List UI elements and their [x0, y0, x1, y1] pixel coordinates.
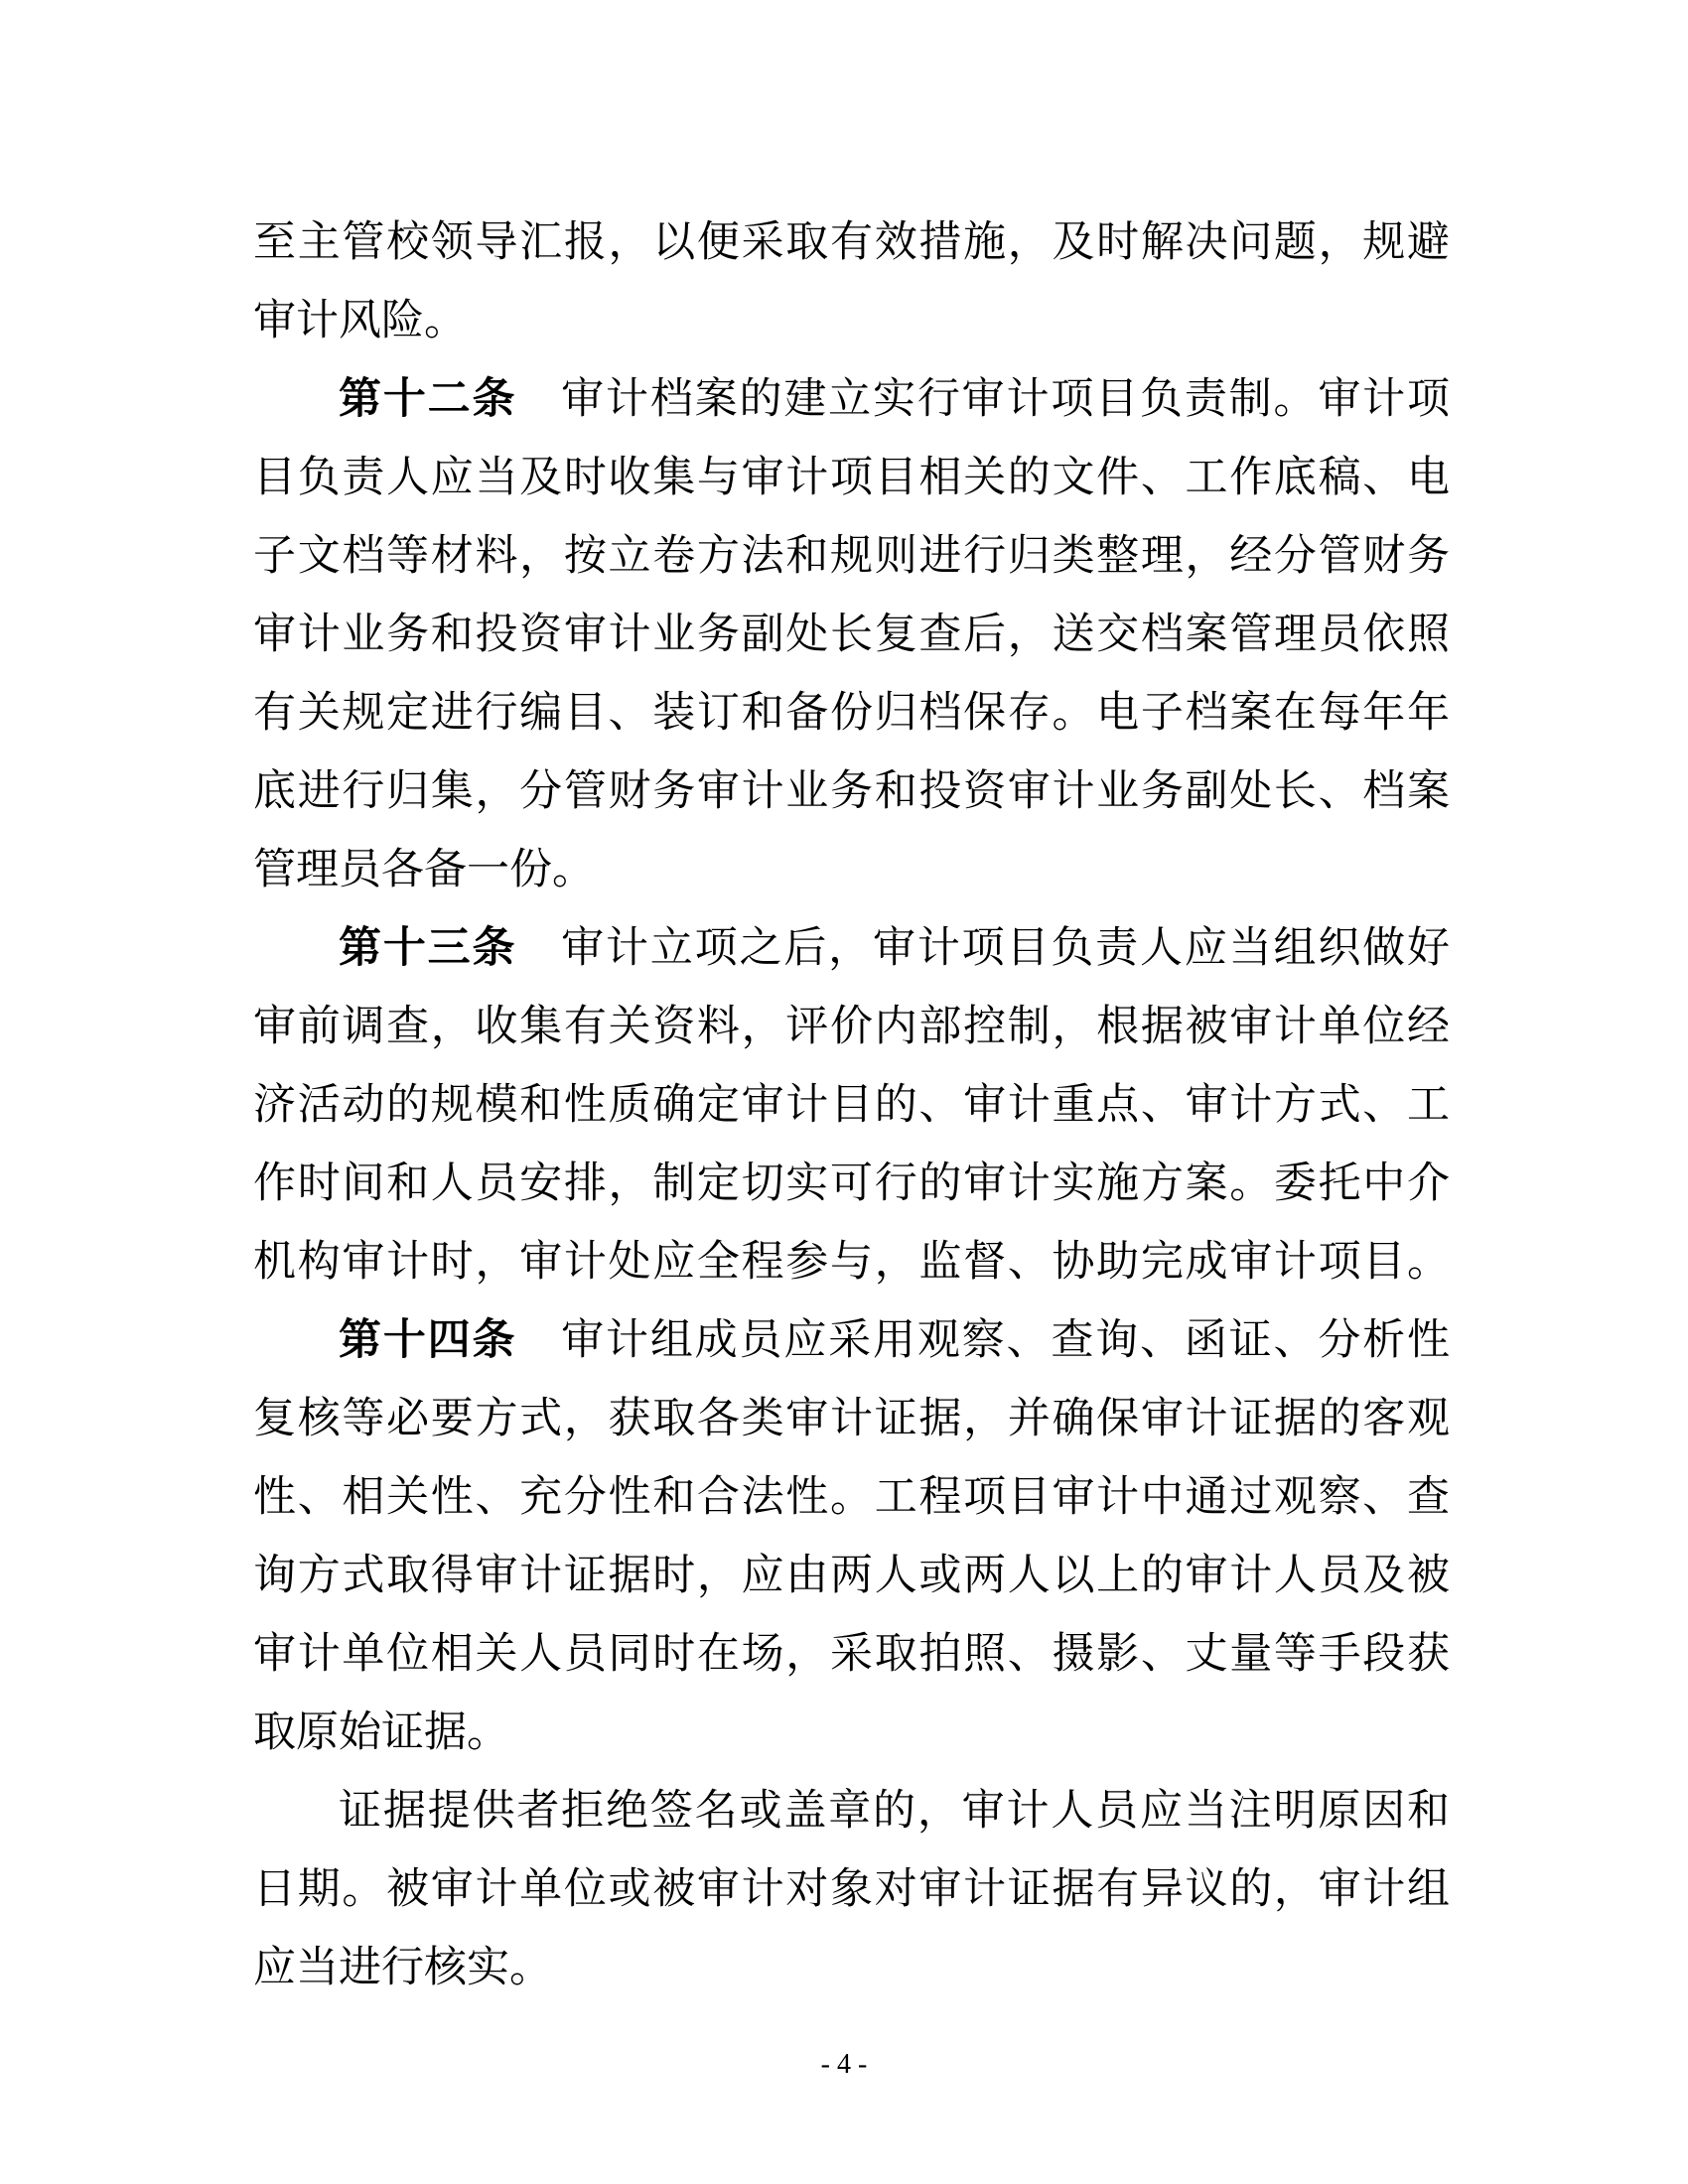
line-text: 底进行归集，分管财务审计业务和投资审计业务副处长、档案: [253, 768, 1450, 815]
line-text: 应当进行核实。: [253, 1945, 552, 1991]
line-text: 有关规定进行编目、装订和备份归档保存。电子档案在每年年: [253, 690, 1450, 737]
text-line: 审前调查，收集有关资料，评价内部控制，根据被审计单位经: [253, 988, 1450, 1066]
article-number: 第十二条: [339, 375, 516, 423]
line-text: 管理员各备一份。: [253, 847, 595, 893]
line-text: 证据提供者拒绝签名或盖章的，审计人员应当注明原因和: [339, 1788, 1450, 1835]
article-heading-line: 第十二条 审计档案的建立实行审计项目负责制。审计项: [253, 360, 1450, 439]
text-line: 性、相关性、充分性和合法性。工程项目审计中通过观察、查: [253, 1458, 1450, 1537]
text-line: 审计业务和投资审计业务副处长复查后，送交档案管理员依照: [253, 596, 1450, 674]
line-text: 审计档案的建立实行审计项目负责制。审计项: [516, 376, 1450, 423]
line-text: 日期。被审计单位或被审计对象对审计证据有异议的，审计组: [253, 1866, 1450, 1913]
text-line: 审计风险。: [253, 282, 1450, 360]
text-line: 日期。被审计单位或被审计对象对审计证据有异议的，审计组: [253, 1850, 1450, 1929]
line-text: 济活动的规模和性质确定审计目的、审计重点、审计方式、工: [253, 1082, 1450, 1129]
text-line: 至主管校领导汇报，以便采取有效措施，及时解决问题，规避: [253, 204, 1450, 282]
line-text: 询方式取得审计证据时，应由两人或两人以上的审计人员及被: [253, 1553, 1450, 1599]
line-text: 性、相关性、充分性和合法性。工程项目审计中通过观察、查: [253, 1474, 1450, 1521]
article-heading-line: 第十三条 审计立项之后，审计项目负责人应当组织做好: [253, 909, 1450, 988]
text-line: 取原始证据。: [253, 1694, 1450, 1772]
text-line: 询方式取得审计证据时，应由两人或两人以上的审计人员及被: [253, 1537, 1450, 1615]
text-line: 应当进行核实。: [253, 1929, 1450, 2007]
line-text: 复核等必要方式，获取各类审计证据，并确保审计证据的客观: [253, 1396, 1450, 1442]
line-text: 取原始证据。: [253, 1709, 509, 1756]
document-body: 至主管校领导汇报，以便采取有效措施，及时解决问题，规避审计风险。第十二条 审计档…: [253, 204, 1450, 2007]
line-text: 审计业务和投资审计业务副处长复查后，送交档案管理员依照: [253, 612, 1450, 658]
line-text: 审前调查，收集有关资料，评价内部控制，根据被审计单位经: [253, 1004, 1450, 1050]
text-line: 审计单位相关人员同时在场，采取拍照、摄影、丈量等手段获: [253, 1615, 1450, 1694]
text-line: 底进行归集，分管财务审计业务和投资审计业务副处长、档案: [253, 752, 1450, 831]
article-heading-line: 第十四条 审计组成员应采用观察、查询、函证、分析性: [253, 1301, 1450, 1380]
article-number: 第十三条: [339, 924, 516, 972]
text-line: 证据提供者拒绝签名或盖章的，审计人员应当注明原因和: [253, 1772, 1450, 1850]
text-line: 有关规定进行编目、装订和备份归档保存。电子档案在每年年: [253, 674, 1450, 752]
document-page: 至主管校领导汇报，以便采取有效措施，及时解决问题，规避审计风险。第十二条 审计档…: [0, 0, 1688, 2184]
line-text: 至主管校领导汇报，以便采取有效措施，及时解决问题，规避: [253, 219, 1450, 266]
line-text: 审计单位相关人员同时在场，采取拍照、摄影、丈量等手段获: [253, 1631, 1450, 1678]
text-line: 作时间和人员安排，制定切实可行的审计实施方案。委托中介: [253, 1145, 1450, 1223]
text-line: 管理员各备一份。: [253, 831, 1450, 909]
text-line: 子文档等材料，按立卷方法和规则进行归类整理，经分管财务: [253, 517, 1450, 596]
text-line: 济活动的规模和性质确定审计目的、审计重点、审计方式、工: [253, 1066, 1450, 1145]
line-text: 目负责人应当及时收集与审计项目相关的文件、工作底稿、电: [253, 455, 1450, 501]
line-text: 机构审计时，审计处应全程参与，监督、协助完成审计项目。: [253, 1239, 1450, 1286]
text-line: 机构审计时，审计处应全程参与，监督、协助完成审计项目。: [253, 1223, 1450, 1301]
line-text: 审计组成员应采用观察、查询、函证、分析性: [516, 1317, 1450, 1364]
line-text: 审计立项之后，审计项目负责人应当组织做好: [516, 925, 1450, 972]
line-text: 子文档等材料，按立卷方法和规则进行归类整理，经分管财务: [253, 533, 1450, 580]
text-line: 目负责人应当及时收集与审计项目相关的文件、工作底稿、电: [253, 439, 1450, 517]
page-number: - 4 -: [0, 2047, 1688, 2083]
line-text: 作时间和人员安排，制定切实可行的审计实施方案。委托中介: [253, 1160, 1450, 1207]
text-line: 复核等必要方式，获取各类审计证据，并确保审计证据的客观: [253, 1380, 1450, 1458]
article-number: 第十四条: [339, 1316, 516, 1364]
line-text: 审计风险。: [253, 298, 467, 344]
